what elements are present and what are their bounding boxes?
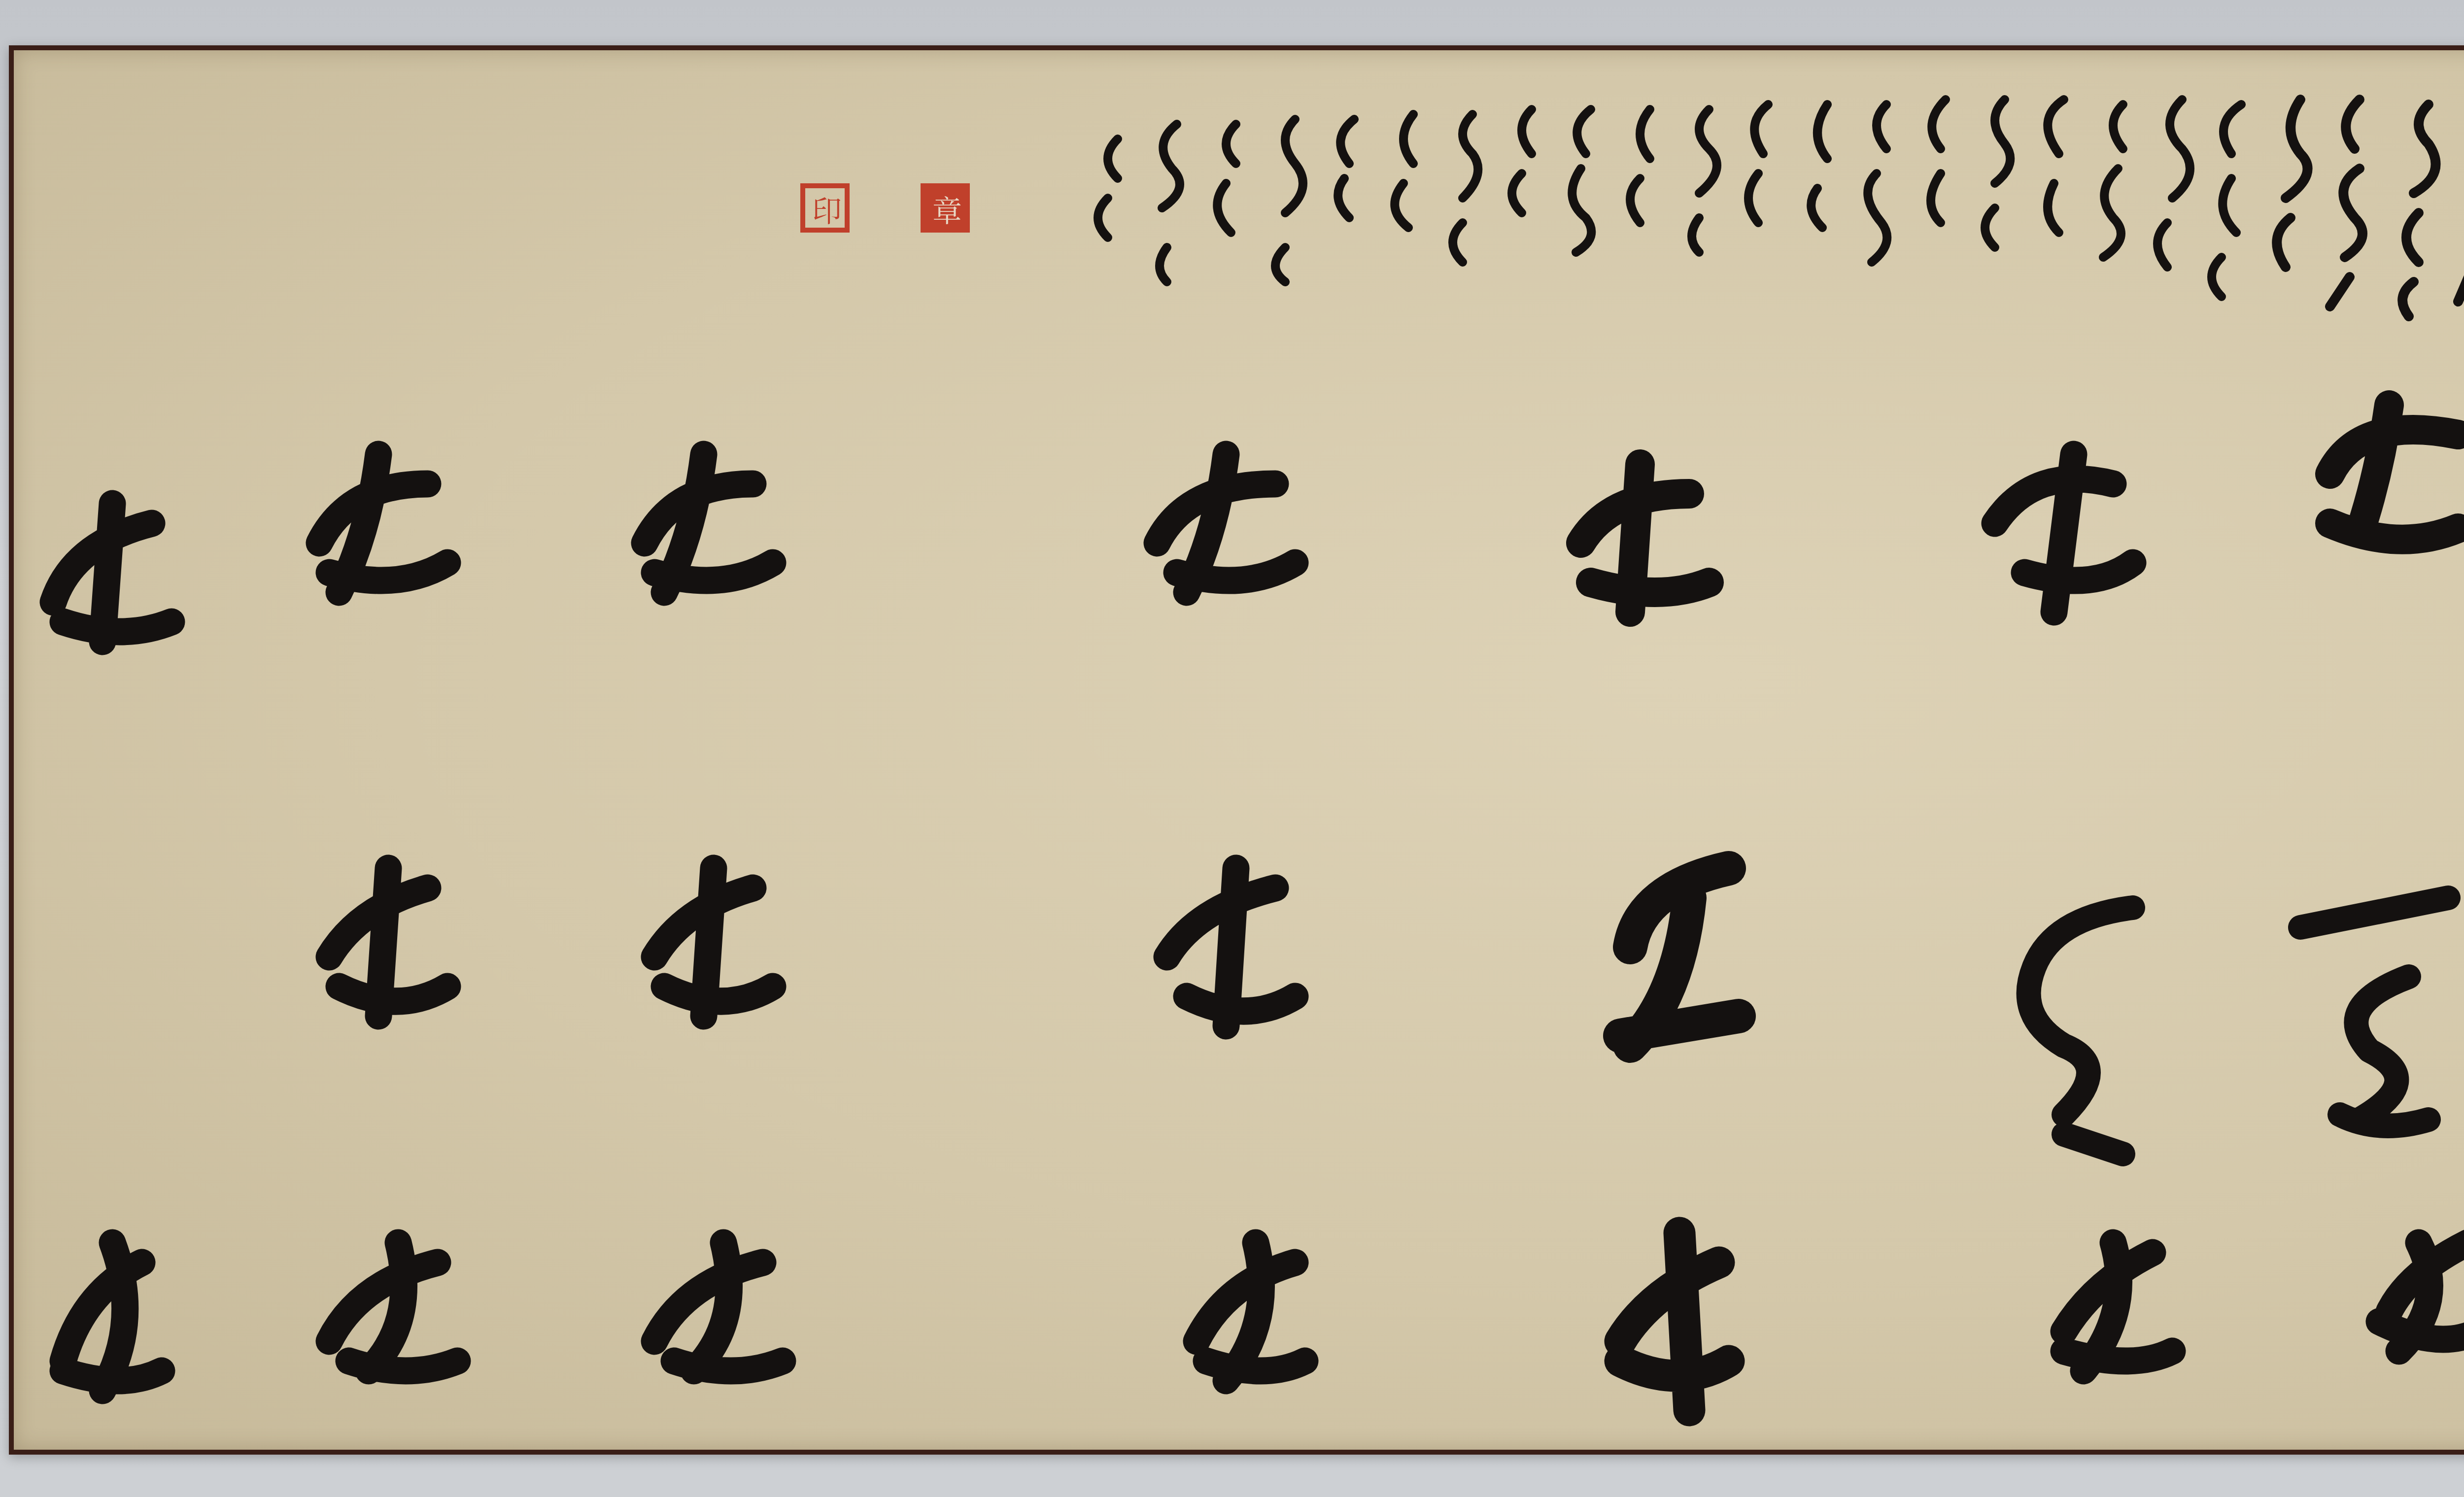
main-text-columns	[53, 385, 2464, 1410]
calligraphy-ink	[14, 50, 2464, 1450]
calligraphy-scroll: 印 章	[9, 45, 2464, 1455]
scroll-paper: 印 章	[14, 50, 2464, 1450]
intaglio-seal: 章	[921, 183, 970, 233]
inscription-columns	[1098, 90, 2464, 326]
relief-seal: 印	[800, 183, 850, 233]
